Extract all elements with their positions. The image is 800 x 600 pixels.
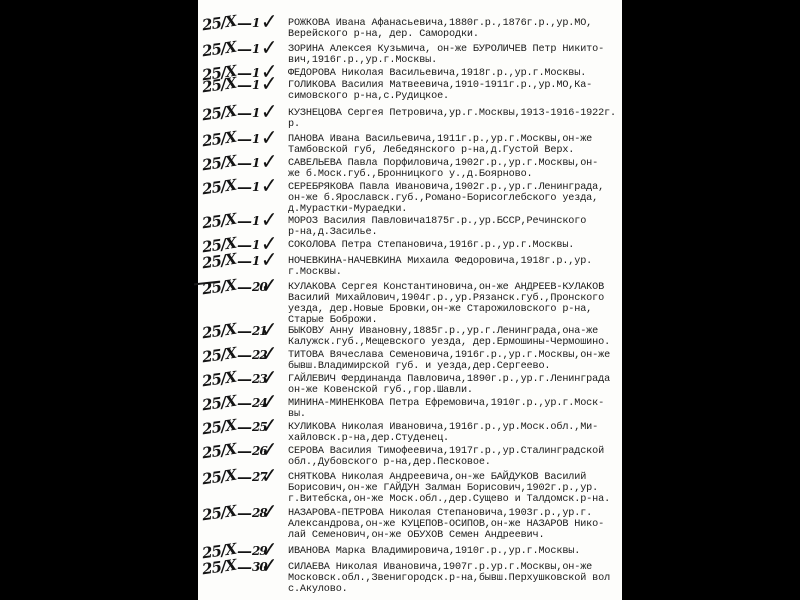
dash: — xyxy=(237,40,251,58)
entry-text: БЫКОВУ Анну Ивановну,1885г.р.,ур.г.Ленин… xyxy=(288,326,618,348)
handwritten-annotation: 25/X—1✓ xyxy=(202,104,284,126)
check-mark-icon: ✓ xyxy=(261,36,277,61)
annotation-date: 25/X xyxy=(201,74,237,97)
handwritten-annotation: 25/X—1✓ xyxy=(202,14,284,36)
entry-text: ТИТОВА Вячеслава Семеновича,1916г.р.,ур.… xyxy=(288,350,618,372)
handwritten-annotation: 25/X—1✓ xyxy=(202,252,284,274)
dash: — xyxy=(237,394,251,412)
dash: — xyxy=(237,370,251,388)
annotation-date: 25/X xyxy=(201,102,237,125)
annotation-date: 25/X xyxy=(201,12,237,35)
check-mark-icon: ✓ xyxy=(261,464,277,489)
handwritten-annotation: 25/X—23✓ xyxy=(202,370,284,392)
handwritten-annotation: 25/X—27✓ xyxy=(202,468,284,490)
dash: — xyxy=(237,154,251,172)
dash: — xyxy=(237,322,251,340)
dash: — xyxy=(237,468,251,486)
entry-text: СЕРЕБРЯКОВА Павла Ивановича,1902г.р.,ур.… xyxy=(288,182,618,215)
entry-text: КУЗНЕЦОВА Сергея Петровича,ур.г.Москвы,1… xyxy=(288,108,618,130)
entry-number: 1 xyxy=(252,156,259,170)
handwritten-annotation: 25/X—30✓ xyxy=(202,558,284,580)
document-page: 25/X—1✓РОЖКОВА Ивана Афанасьевича,1880г.… xyxy=(198,0,622,600)
entry-text: ФЕДОРОВА Николая Васильевича,1918г.р.,ур… xyxy=(288,68,618,79)
handwritten-annotation: 25/X—1✓ xyxy=(202,178,284,200)
dash: — xyxy=(237,178,251,196)
entry-text: СНЯТКОВА Николая Андреевича,он-же БАЙДУК… xyxy=(288,472,618,505)
check-mark-icon: ✓ xyxy=(261,438,277,463)
dash: — xyxy=(237,252,251,270)
entry-number: 1 xyxy=(252,16,259,30)
annotation-date: 25/X xyxy=(201,276,237,299)
annotation-date: 25/X xyxy=(201,176,237,199)
check-mark-icon: ✓ xyxy=(261,126,277,151)
dash: — xyxy=(237,212,251,230)
entry-text: КУЛИКОВА Николая Ивановича,1916г.р.,ур.М… xyxy=(288,422,618,444)
entry-text: ИВАНОВА Марка Владимировича,1910г.р.,ур.… xyxy=(288,546,618,557)
dash: — xyxy=(237,104,251,122)
entry-text: САВЕЛЬЕВА Павла Порфиловича,1902г.р.,ур.… xyxy=(288,158,618,180)
entry-text: СЕРОВА Василия Тимофеевича,1917г.р.,ур.С… xyxy=(288,446,618,468)
check-mark-icon: ✓ xyxy=(261,10,277,35)
annotation-date: 25/X xyxy=(201,416,237,439)
dash: — xyxy=(237,278,251,296)
entry-number: 1 xyxy=(252,180,259,194)
dash: — xyxy=(237,130,251,148)
handwritten-annotation: 25/X—26✓ xyxy=(202,442,284,464)
annotation-date: 25/X xyxy=(201,128,237,151)
entry-text: СОКОЛОВА Петра Степановича,1916г.р.,ур.г… xyxy=(288,240,618,251)
handwritten-annotation: 25/X—25✓ xyxy=(202,418,284,440)
entry-text: МОРОЗ Василия Павловича1875г.р.,ур.БССР,… xyxy=(288,216,618,238)
entry-text: ПАНОВА Ивана Васильевича,1911г.р.,ур.г.М… xyxy=(288,134,618,156)
check-mark-icon: ✓ xyxy=(261,208,277,233)
entry-text: КУЛАКОВА Сергея Константиновича,он-же АН… xyxy=(288,282,618,326)
dash: — xyxy=(237,558,251,576)
annotation-date: 25/X xyxy=(201,392,237,415)
check-mark-icon: ✓ xyxy=(261,366,277,391)
handwritten-annotation: 25/X—1✓ xyxy=(202,76,284,98)
annotation-date: 25/X xyxy=(201,440,237,463)
check-mark-icon: ✓ xyxy=(261,100,277,125)
handwritten-annotation: 25/X—1✓ xyxy=(202,130,284,152)
annotation-date: 25/X xyxy=(201,466,237,489)
entry-text: СИЛАЕВА Николая Ивановича,1907г.р.ур.г.М… xyxy=(288,562,618,595)
entry-number: 1 xyxy=(252,106,259,120)
handwritten-annotation: 25/X—21✓ xyxy=(202,322,284,344)
dash: — xyxy=(237,346,251,364)
annotation-date: 25/X xyxy=(201,152,237,175)
entry-number: 1 xyxy=(252,254,259,268)
check-mark-icon: ✓ xyxy=(261,414,277,439)
annotation-date: 25/X xyxy=(201,368,237,391)
check-mark-icon: ✓ xyxy=(261,500,277,525)
entry-text: НОЧЕВКИНА-НАЧЕВКИНА Михаила Федоровича,1… xyxy=(288,256,618,278)
handwritten-annotation: 25/X—24✓ xyxy=(202,394,284,416)
check-mark-icon: ✓ xyxy=(261,72,277,97)
check-mark-icon: ✓ xyxy=(261,248,277,273)
entry-text: ГОЛИКОВА Василия Матвеевича,1910-1911г.р… xyxy=(288,80,618,102)
handwritten-annotation: 25/X—1✓ xyxy=(202,212,284,234)
handwritten-annotation: 25/X—22✓ xyxy=(202,346,284,368)
annotation-date: 25/X xyxy=(201,38,237,61)
dash: — xyxy=(237,14,251,32)
entry-text: МИНИНА-МИНЕНКОВА Петра Ефремовича,1910г.… xyxy=(288,398,618,420)
handwritten-annotation: 25/X—20✓ xyxy=(202,278,284,300)
entry-text: ГАЙЛЕВИЧ Фердинанда Павловича,1890г.р.,у… xyxy=(288,374,618,396)
handwritten-annotation: 25/X—1✓ xyxy=(202,154,284,176)
check-mark-icon: ✓ xyxy=(261,554,277,579)
dash: — xyxy=(237,442,251,460)
annotation-date: 25/X xyxy=(201,210,237,233)
check-mark-icon: ✓ xyxy=(261,150,277,175)
entry-number: 1 xyxy=(252,132,259,146)
handwritten-annotation: 25/X—28✓ xyxy=(202,504,284,526)
entry-number: 1 xyxy=(252,238,259,252)
check-mark-icon: ✓ xyxy=(261,174,277,199)
entry-text: НАЗАРОВА-ПЕТРОВА Николая Степановича,190… xyxy=(288,508,618,541)
entry-text: РОЖКОВА Ивана Афанасьевича,1880г.р.,1876… xyxy=(288,18,618,40)
dash: — xyxy=(237,76,251,94)
entry-number: 1 xyxy=(252,42,259,56)
check-mark-icon: ✓ xyxy=(261,318,277,343)
annotation-date: 25/X xyxy=(201,320,237,343)
dash: — xyxy=(237,418,251,436)
check-mark-icon: ✓ xyxy=(261,274,277,299)
annotation-date: 25/X xyxy=(201,502,237,525)
entry-text: ЗОРИНА Алексея Кузьмича, он-же БУРОЛИЧЕВ… xyxy=(288,44,618,66)
annotation-date: 25/X xyxy=(201,250,237,273)
annotation-date: 25/X xyxy=(201,556,237,579)
dash: — xyxy=(237,504,251,522)
check-mark-icon: ✓ xyxy=(261,342,277,367)
handwritten-annotation: 25/X—1✓ xyxy=(202,40,284,62)
entry-number: 1 xyxy=(252,78,259,92)
entry-number: 1 xyxy=(252,214,259,228)
check-mark-icon: ✓ xyxy=(261,390,277,415)
annotation-date: 25/X xyxy=(201,344,237,367)
